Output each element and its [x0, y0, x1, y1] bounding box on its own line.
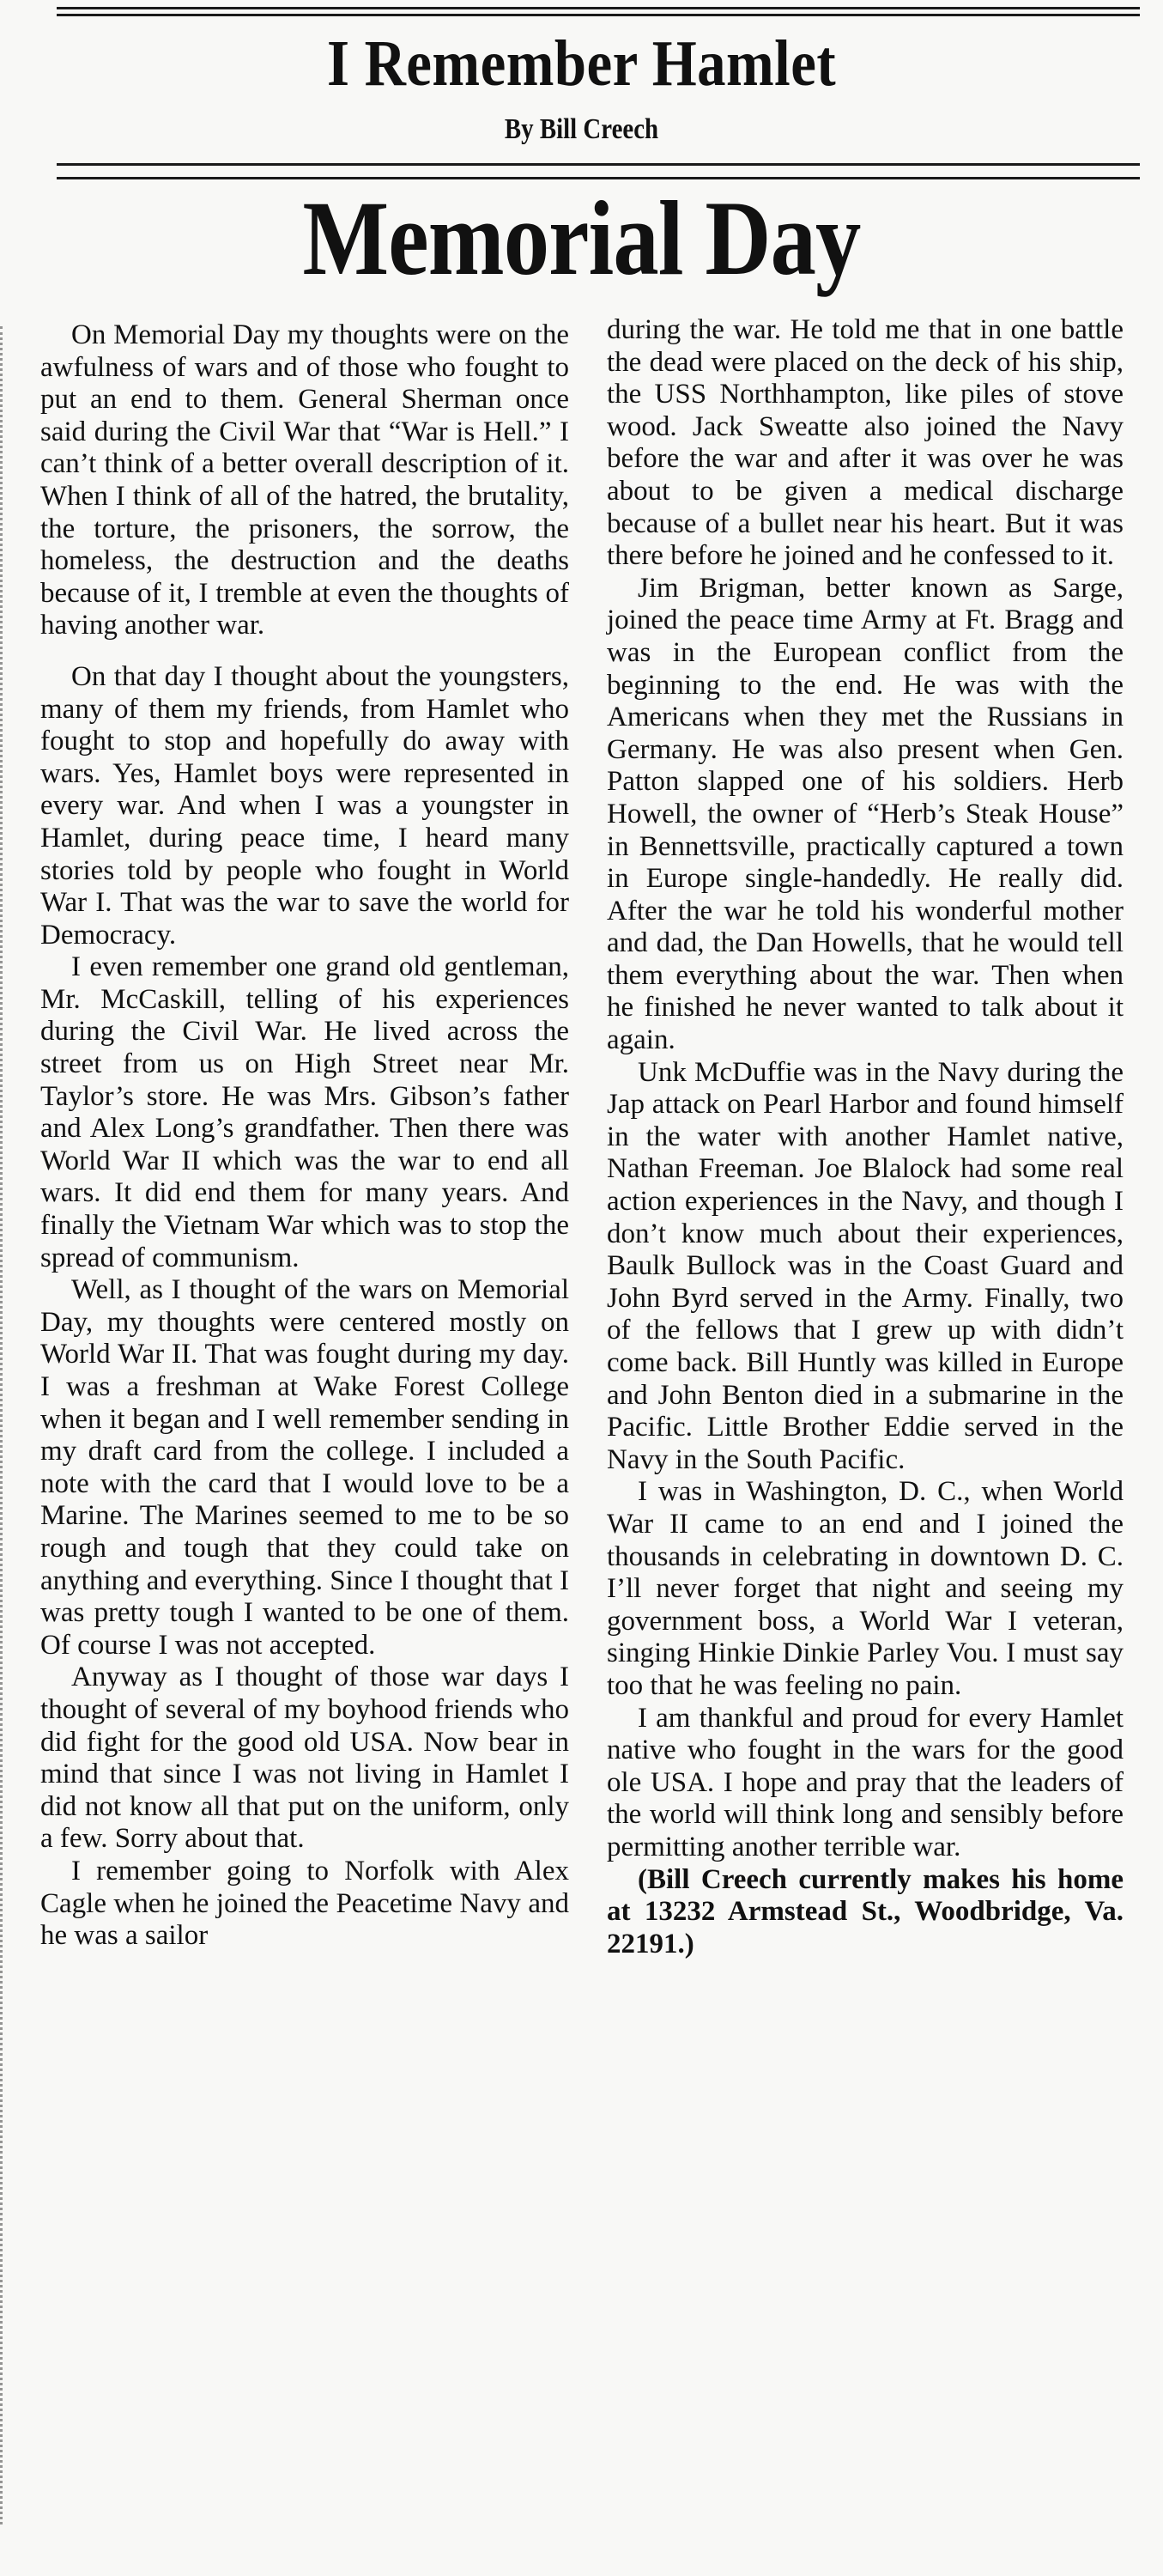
- newspaper-clipping: I Remember Hamlet By Bill Creech Memoria…: [0, 0, 1163, 2576]
- byline: By Bill Creech: [88, 115, 1076, 144]
- paragraph: Anyway as I thought of those war days I …: [40, 1662, 569, 1856]
- paragraph: Jim Brigman, better known as Sarge, join…: [607, 573, 1124, 1057]
- paragraph: I even remember one grand old gentleman,…: [40, 951, 569, 1274]
- paragraph: On Memorial Day my thoughts were on the …: [40, 319, 569, 642]
- article-headline: Memorial Day: [82, 185, 1081, 292]
- paragraph: I am thankful and proud for every Hamlet…: [607, 1703, 1124, 1864]
- top-rule-2: [57, 14, 1140, 16]
- author-bio: (Bill Creech currently makes his home at…: [607, 1864, 1124, 1961]
- adjacent-column-edge: [0, 326, 9, 2524]
- paragraph: On that day I thought about the youngste…: [40, 661, 569, 951]
- paragraph: I was in Washington, D. C., when World W…: [607, 1476, 1124, 1702]
- paragraph: Unk McDuffie was in the Navy during the …: [607, 1057, 1124, 1477]
- paragraph: I remember going to Norfolk with Alex Ca…: [40, 1856, 569, 1953]
- paragraph: Well, as I thought of the wars on Memori…: [40, 1274, 569, 1662]
- article-column-left: On Memorial Day my thoughts were on the …: [40, 319, 569, 1953]
- top-rule-1: [57, 7, 1140, 9]
- article-column-right: during the war. He told me that in one b…: [607, 314, 1124, 1960]
- header-rule-1: [57, 163, 1140, 166]
- paragraph: during the war. He told me that in one b…: [607, 314, 1124, 573]
- column-title: I Remember Hamlet: [70, 31, 1093, 96]
